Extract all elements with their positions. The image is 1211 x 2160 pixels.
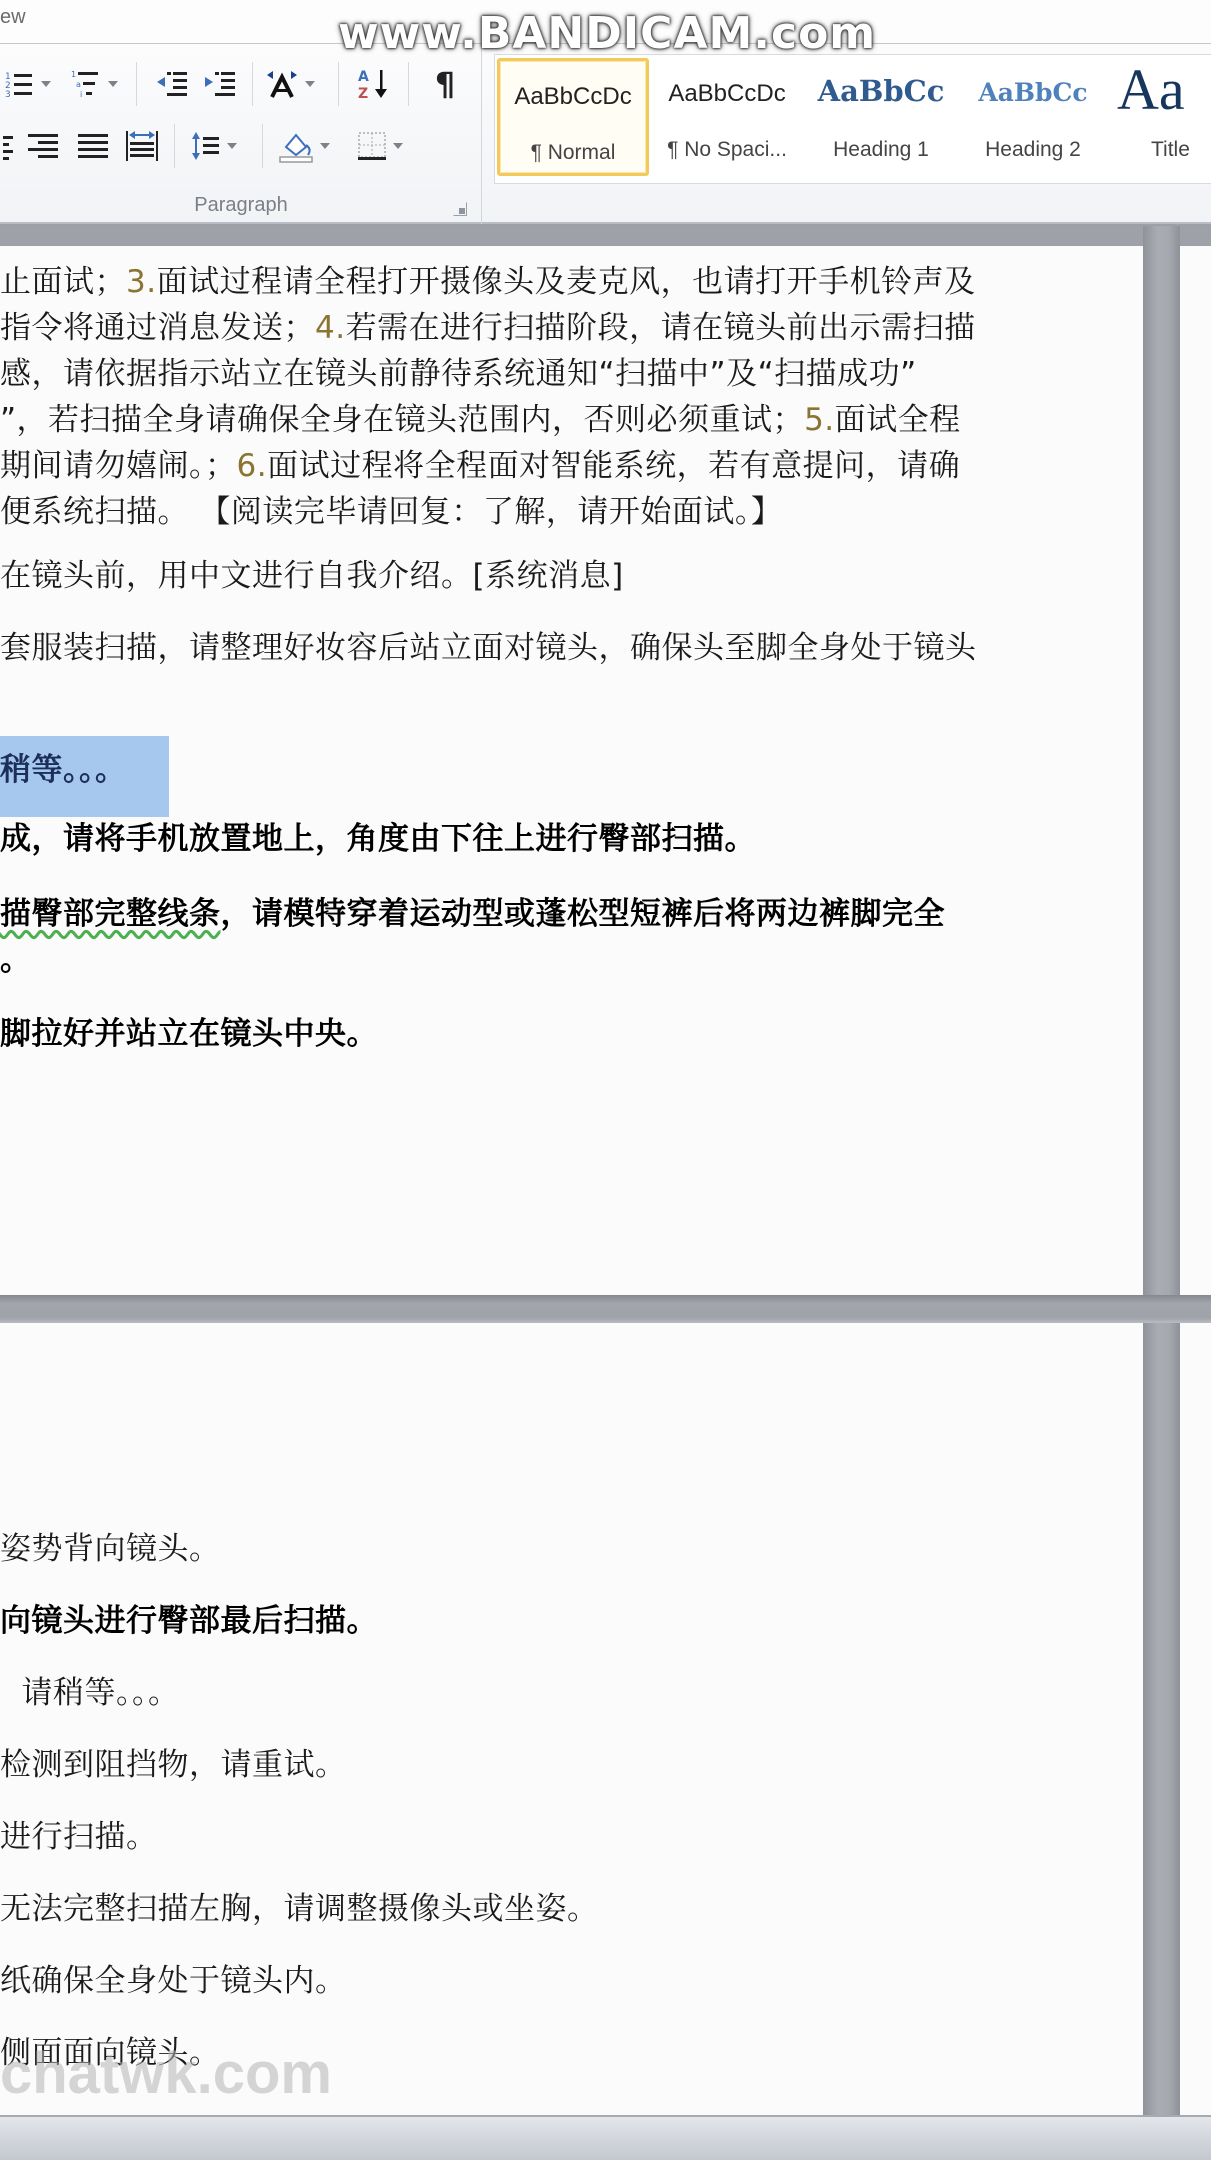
paragraph-group-label: Paragraph — [0, 194, 482, 217]
document-page-1[interactable]: 止面试；3.面试过程请全程打开摄像头及麦克风，也请打开手机铃声及 指令将通过消息… — [0, 246, 1143, 1295]
paragraph-outfit: 套服装扫描，请整理好妆容后站立面对镜头，确保头至脚全身处于镜头 — [0, 622, 977, 667]
svg-text:Z: Z — [358, 86, 368, 101]
paragraph-center: 脚拉好并站立在镜头中央。 — [0, 1008, 378, 1053]
paragraph-line: 姿势背向镜头。 — [0, 1523, 221, 1568]
multilevel-list-button[interactable]: 1ai — [66, 64, 122, 104]
style-name: Heading 1 — [805, 138, 957, 162]
chevron-down-icon[interactable] — [227, 143, 237, 149]
align-right-icon — [28, 132, 60, 160]
adjacent-page — [1180, 246, 1211, 1295]
align-right-button[interactable] — [24, 126, 64, 166]
paragraph-intro: 在镜头前，用中文进行自我介绍。[系统消息] — [0, 550, 624, 595]
paragraph-line: 无法完整扫描左胸，请调整摄像头或坐姿。 — [0, 1883, 599, 1928]
style-heading-1[interactable]: AaBbCc Heading 1 — [805, 58, 957, 176]
styles-gallery: AaBbCcDc ¶ Normal AaBbCcDc ¶ No Spaci...… — [494, 54, 1211, 184]
chinese-layout-icon — [265, 69, 299, 99]
watermark-site: chatwk.com — [0, 2040, 332, 2107]
style-preview: AaBbCcDc — [651, 80, 803, 120]
paragraph-line: 指令将通过消息发送；4.若需在进行扫描阶段，请在镜头前出示需扫描 — [0, 302, 976, 347]
line-spacing-button[interactable] — [186, 126, 242, 166]
tab-view[interactable]: ew — [0, 6, 26, 29]
numbering-button[interactable]: 123 — [0, 64, 56, 104]
paragraph-line: 便系统扫描。 【阅读完毕请回复：了解，请开始面试。】 — [0, 486, 782, 531]
increase-indent-button[interactable] — [198, 64, 242, 104]
paragraph-line: 止面试；3.面试过程请全程打开摄像头及麦克风，也请打开手机铃声及 — [0, 256, 976, 301]
paragraph-line: ”，若扫描全身请确保全身在镜头范围内，否则必须重试；5.面试全程 — [0, 394, 961, 439]
show-formatting-button[interactable]: ¶ — [420, 64, 470, 104]
chevron-down-icon[interactable] — [305, 81, 315, 87]
justify-button[interactable] — [74, 126, 114, 166]
style-preview: Aa — [1109, 56, 1211, 126]
style-name: ¶ Normal — [500, 141, 646, 165]
svg-text:i: i — [80, 90, 82, 99]
selected-text: 稍等。。。 — [0, 736, 169, 817]
style-heading-2[interactable]: AaBbCc Heading 2 — [957, 58, 1109, 176]
align-center-icon — [3, 132, 15, 160]
paragraph-dialog-launcher-icon[interactable] — [453, 202, 467, 216]
paragraph-line: 进行扫描。 — [0, 1811, 158, 1856]
watermark-bandicam: www.BANDICAM.com — [338, 8, 876, 59]
paragraph-line: 检测到阻挡物，请重试。 — [0, 1739, 347, 1784]
style-preview: AaBbCc — [805, 74, 957, 114]
svg-text:a: a — [76, 80, 81, 89]
chevron-down-icon[interactable] — [393, 143, 403, 149]
paint-bucket-icon — [278, 129, 314, 163]
pilcrow-icon: ¶ — [435, 65, 455, 103]
decrease-indent-button[interactable] — [150, 64, 194, 104]
paragraph-shorts: 描臀部完整线条，请模特穿着运动型或蓬松型短裤后将两边裤脚完全 — [0, 888, 945, 933]
adjacent-page — [1180, 1323, 1211, 2115]
ribbon-home: 123 1ai AZ — [0, 44, 1211, 224]
style-preview: AaBbCcDc — [500, 83, 646, 123]
page-separator-vertical — [1143, 226, 1180, 2115]
decrease-indent-icon — [155, 69, 189, 99]
chevron-down-icon[interactable] — [108, 81, 118, 87]
increase-indent-icon — [203, 69, 237, 99]
paragraph-line: 向镜头进行臀部最后扫描。 — [0, 1595, 378, 1640]
chevron-down-icon[interactable] — [41, 81, 51, 87]
paragraph-shorts-end: 。 — [0, 934, 32, 979]
multilevel-list-icon: 1ai — [70, 68, 102, 100]
shading-button[interactable] — [274, 126, 334, 166]
word-window: ew 123 1ai — [0, 0, 1211, 2160]
paragraph-line: 纸确保全身处于镜头内。 — [0, 1955, 347, 2000]
svg-text:3: 3 — [5, 90, 11, 99]
style-no-spacing[interactable]: AaBbCcDc ¶ No Spaci... — [651, 58, 803, 176]
style-name: Heading 2 — [957, 138, 1109, 162]
paragraph-line: 期间请勿嬉闹。；6.面试过程将全程面对智能系统，若有意提问，请确 — [0, 440, 960, 485]
justify-icon — [78, 132, 110, 160]
distributed-button[interactable] — [122, 126, 162, 166]
paragraph-line: ，请稍等。。。 — [0, 1667, 180, 1712]
document-area[interactable]: 止面试；3.面试过程请全程打开摄像头及麦克风，也请打开手机铃声及 指令将通过消息… — [0, 226, 1211, 2115]
distributed-icon — [125, 129, 159, 163]
status-bar — [0, 2115, 1211, 2160]
page-separator-horizontal — [0, 1295, 1211, 1323]
line-spacing-icon — [191, 130, 221, 162]
style-preview: AaBbCc — [957, 78, 1109, 118]
paragraph-phone: 成，请将手机放置地上，角度由下往上进行臀部扫描。 — [0, 813, 756, 858]
style-normal[interactable]: AaBbCcDc ¶ Normal — [497, 58, 649, 176]
document-page-2[interactable]: 姿势背向镜头。 向镜头进行臀部最后扫描。 ，请稍等。。。 检测到阻挡物，请重试。… — [0, 1323, 1143, 2115]
svg-text:1: 1 — [71, 70, 76, 79]
numbering-icon: 123 — [5, 69, 35, 99]
borders-icon — [357, 131, 387, 161]
style-name: Title — [1109, 138, 1211, 162]
borders-button[interactable] — [350, 126, 410, 166]
paragraph-group: 123 1ai AZ — [0, 44, 482, 224]
sort-button[interactable]: AZ — [348, 64, 398, 104]
style-name: ¶ No Spaci... — [651, 138, 803, 162]
chinese-layout-button[interactable] — [262, 64, 318, 104]
paragraph-line: 感，请依据指示站立在镜头前静待系统通知“扫描中”及“扫描成功” — [0, 348, 917, 393]
sort-icon: AZ — [356, 67, 390, 101]
style-title[interactable]: Aa Title — [1109, 58, 1211, 176]
chevron-down-icon[interactable] — [320, 143, 330, 149]
align-center-button[interactable] — [0, 126, 18, 166]
svg-text:A: A — [358, 69, 369, 85]
